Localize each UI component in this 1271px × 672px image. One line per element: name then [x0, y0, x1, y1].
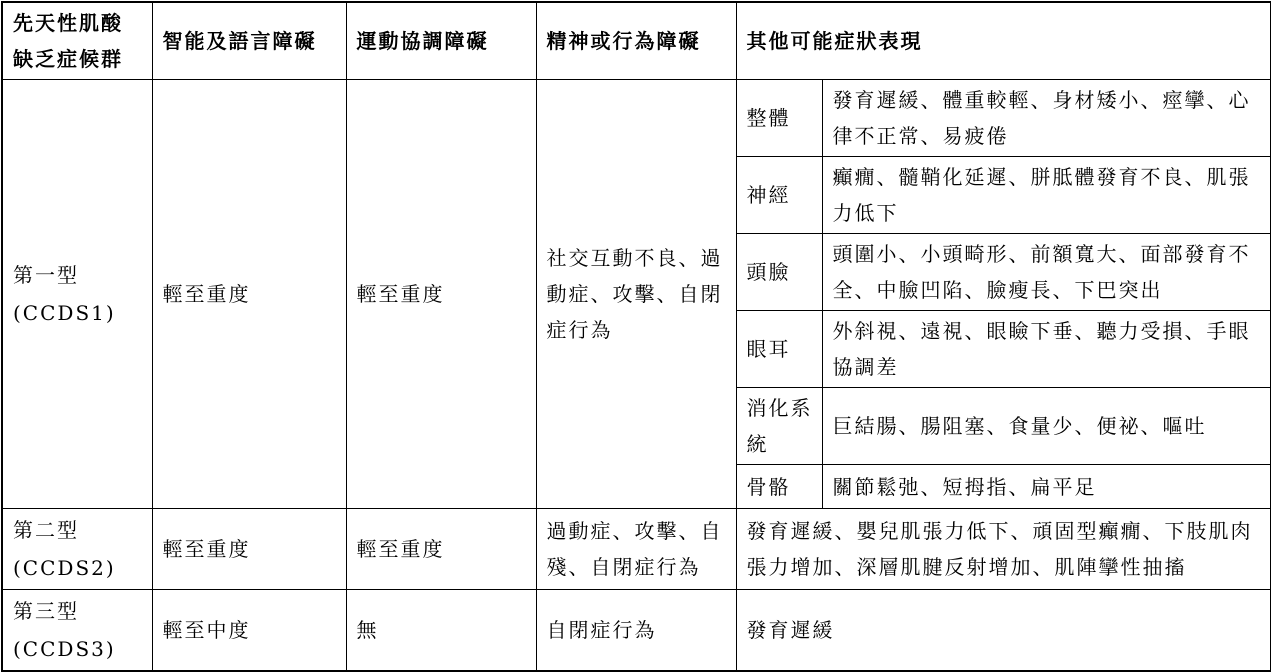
header-motor: 運動協調障礙: [346, 2, 536, 80]
type-code: (CCDS1): [13, 294, 144, 332]
type-cell-ccds1: 第一型 (CCDS1): [2, 80, 152, 509]
psych-cell-ccds2: 過動症、攻擊、自殘、自閉症行為: [536, 509, 736, 590]
symptom-desc-cell: 外斜視、遠視、眼瞼下垂、聽力受損、手眼協調差: [822, 311, 1271, 388]
intellect-cell-ccds3: 輕至中度: [152, 590, 346, 672]
symptom-desc-cell: 巨結腸、腸阻塞、食量少、便祕、嘔吐: [822, 388, 1271, 465]
intellect-cell-ccds2: 輕至重度: [152, 509, 346, 590]
table-row-ccds3: 第三型 (CCDS3) 輕至中度 無 自閉症行為 發育遲緩: [2, 590, 1271, 672]
motor-cell-ccds3: 無: [346, 590, 536, 672]
header-other: 其他可能症狀表現: [736, 2, 1271, 80]
symptom-desc-cell: 關節鬆弛、短拇指、扁平足: [822, 465, 1271, 509]
ccds-symptoms-table: 先天性肌酸缺乏症候群 智能及語言障礙 運動協調障礙 精神或行為障礙 其他可能症狀…: [1, 1, 1271, 672]
symptom-category-cell: 頭臉: [736, 234, 822, 311]
type-code: (CCDS2): [13, 549, 144, 587]
symptom-category-cell: 消化系統: [736, 388, 822, 465]
type-cell-ccds3: 第三型 (CCDS3): [2, 590, 152, 672]
header-psych: 精神或行為障礙: [536, 2, 736, 80]
psych-cell-ccds1: 社交互動不良、過動症、攻擊、自閉症行為: [536, 80, 736, 509]
symptom-desc-cell: 頭圍小、小頭畸形、前額寬大、面部發育不全、中臉凹陷、臉瘦長、下巴突出: [822, 234, 1271, 311]
table-row-ccds2: 第二型 (CCDS2) 輕至重度 輕至重度 過動症、攻擊、自殘、自閉症行為 發育…: [2, 509, 1271, 590]
header-row: 先天性肌酸缺乏症候群 智能及語言障礙 運動協調障礙 精神或行為障礙 其他可能症狀…: [2, 2, 1271, 80]
document-page: 先天性肌酸缺乏症候群 智能及語言障礙 運動協調障礙 精神或行為障礙 其他可能症狀…: [0, 0, 1271, 628]
table-row-ccds1-sub1: 第一型 (CCDS1) 輕至重度 輕至重度 社交互動不良、過動症、攻擊、自閉症行…: [2, 80, 1271, 157]
symptom-category-cell: 骨骼: [736, 465, 822, 509]
type-name: 第一型: [13, 256, 144, 294]
type-cell-ccds2: 第二型 (CCDS2): [2, 509, 152, 590]
psych-cell-ccds3: 自閉症行為: [536, 590, 736, 672]
symptom-category-cell: 眼耳: [736, 311, 822, 388]
motor-cell-ccds1: 輕至重度: [346, 80, 536, 509]
intellect-cell-ccds1: 輕至重度: [152, 80, 346, 509]
other-cell-ccds3: 發育遲緩: [736, 590, 1271, 672]
type-name: 第二型: [13, 511, 144, 549]
type-code: (CCDS3): [13, 630, 144, 668]
symptom-desc-cell: 癲癇、髓鞘化延遲、胼胝體發育不良、肌張力低下: [822, 157, 1271, 234]
header-syndrome: 先天性肌酸缺乏症候群: [2, 2, 152, 80]
header-intellect: 智能及語言障礙: [152, 2, 346, 80]
symptom-category-cell: 神經: [736, 157, 822, 234]
symptom-desc-cell: 發育遲緩、體重較輕、身材矮小、痙攣、心律不正常、易疲倦: [822, 80, 1271, 157]
type-name: 第三型: [13, 592, 144, 630]
other-cell-ccds2: 發育遲緩、嬰兒肌張力低下、頑固型癲癇、下肢肌肉張力增加、深層肌腱反射增加、肌陣攣…: [736, 509, 1271, 590]
symptom-category-cell: 整體: [736, 80, 822, 157]
motor-cell-ccds2: 輕至重度: [346, 509, 536, 590]
